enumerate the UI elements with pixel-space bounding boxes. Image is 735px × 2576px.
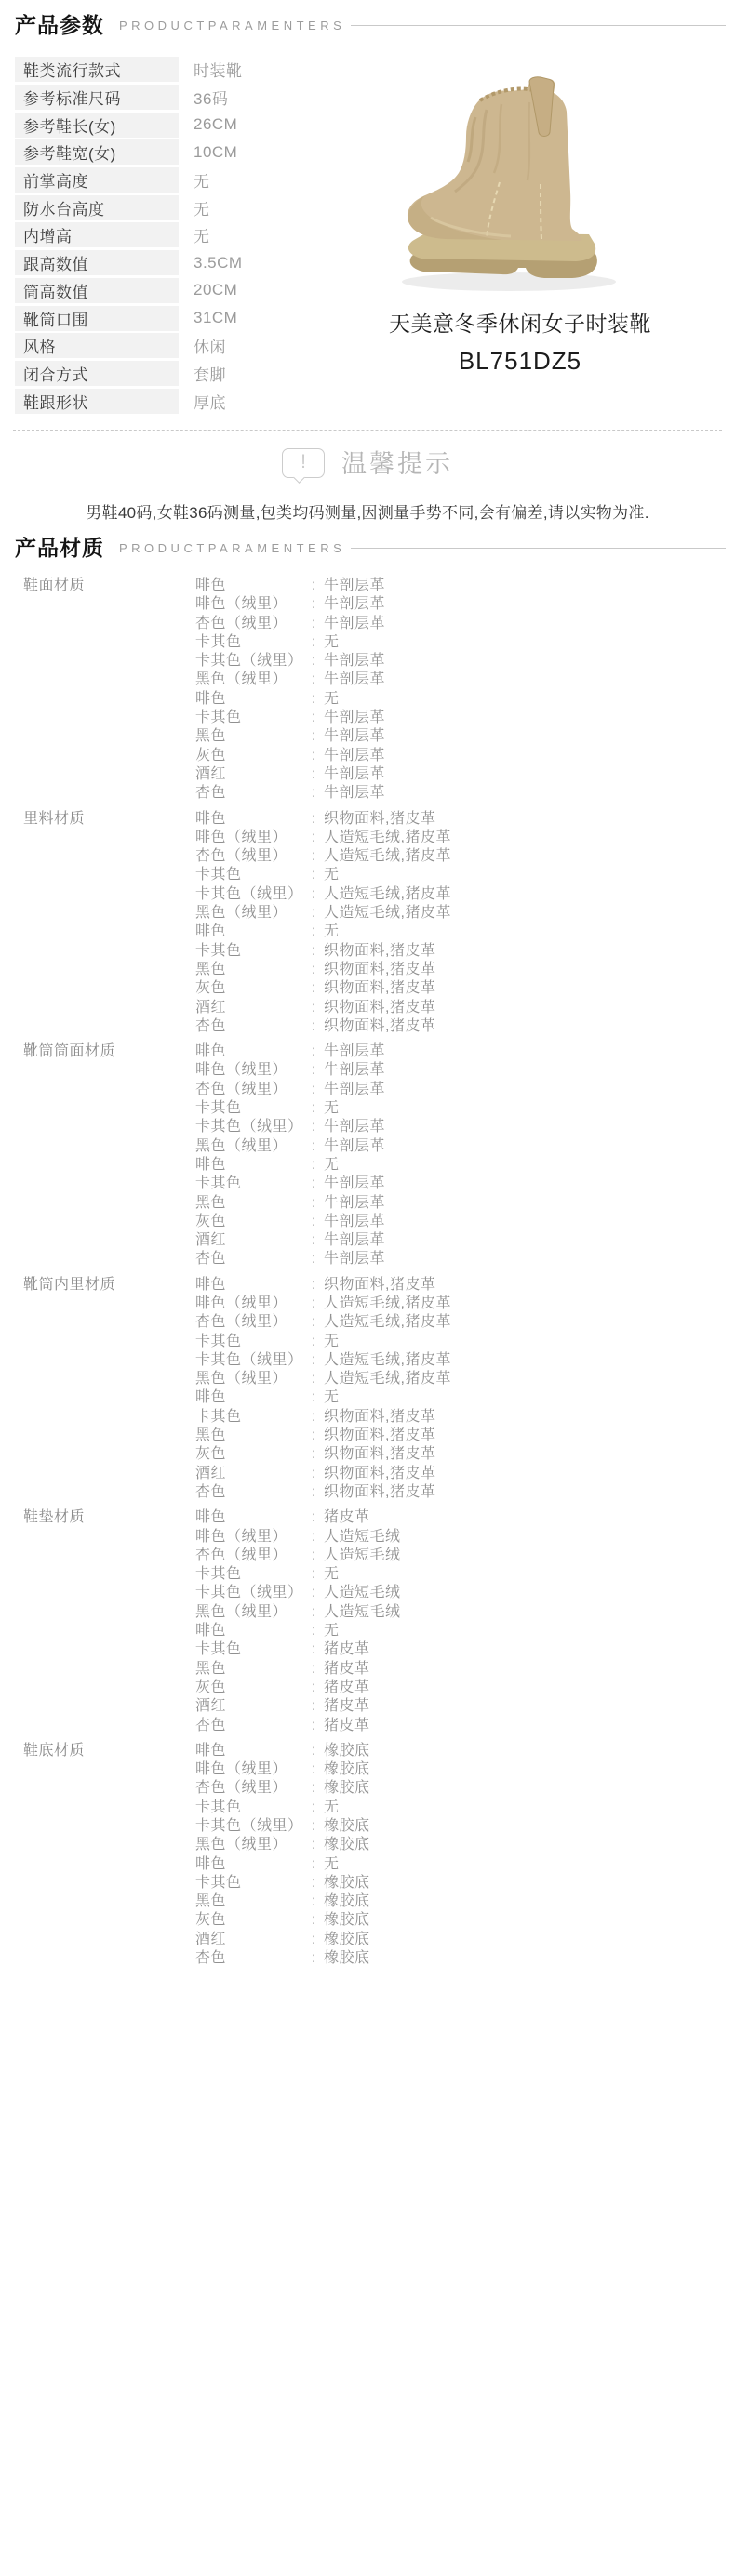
param-value: 休闲	[194, 334, 226, 357]
material-color-name: 卡其色	[195, 1408, 312, 1427]
material-row: 啡色 : 橡胶底	[195, 1742, 370, 1760]
material-colon: :	[312, 1213, 324, 1231]
param-row: 闭合方式 套脚	[15, 360, 368, 388]
material-row: 杏色 : 猪皮革	[195, 1717, 401, 1735]
material-color-name: 灰色	[195, 1911, 312, 1930]
material-color-name: 黑色	[195, 1427, 312, 1445]
material-color-name: 黑色	[195, 1194, 312, 1213]
material-color-name: 卡其色（绒里）	[195, 1118, 312, 1136]
param-label: 闭合方式	[15, 361, 179, 386]
material-value: 人造短毛绒,猪皮革	[324, 1313, 451, 1332]
material-colon: :	[312, 1836, 324, 1854]
param-label: 靴筒口围	[15, 306, 179, 331]
material-row: 黑色（绒里） : 人造短毛绒,猪皮革	[195, 904, 451, 923]
material-value: 无	[324, 1099, 340, 1118]
material-colon: :	[312, 1874, 324, 1892]
param-value: 10CM	[194, 143, 237, 162]
material-row: 杏色（绒里） : 人造短毛绒,猪皮革	[195, 847, 451, 866]
material-row: 灰色 : 橡胶底	[195, 1911, 370, 1930]
material-row: 杏色 : 织物面料,猪皮革	[195, 1483, 451, 1502]
param-label: 内增高	[15, 222, 179, 247]
exclamation-glyph: !	[283, 449, 324, 475]
material-colon: :	[312, 1584, 324, 1602]
material-color-name: 黑色（绒里）	[195, 1370, 312, 1388]
material-section: 靴筒筒面材质 啡色 : 牛剖层革 啡色（绒里） : 牛剖层革 杏色（绒里） : …	[23, 1042, 735, 1269]
material-value: 人造短毛绒	[324, 1603, 401, 1622]
material-value: 牛剖层革	[324, 1213, 385, 1231]
param-value: 无	[194, 196, 210, 219]
material-color-name: 卡其色	[195, 1333, 312, 1351]
material-colon: :	[312, 671, 324, 689]
material-value: 牛剖层革	[324, 1137, 385, 1156]
material-row: 黑色 : 牛剖层革	[195, 727, 385, 746]
param-row: 跟高数值 3.5CM	[15, 249, 368, 277]
material-value: 织物面料,猪皮革	[324, 1408, 435, 1427]
material-value: 橡胶底	[324, 1817, 370, 1836]
param-row: 鞋类流行款式 时装靴	[15, 56, 368, 84]
material-colon: :	[312, 1465, 324, 1483]
material-row: 卡其色（绒里） : 人造短毛绒,猪皮革	[195, 1351, 451, 1370]
material-color-name: 卡其色（绒里）	[195, 885, 312, 904]
params-area: 鞋类流行款式 时装靴 参考标准尺码 36码 参考鞋长(女) 26CM 参考鞋宽(…	[0, 56, 735, 430]
material-color-name: 杏色（绒里）	[195, 1779, 312, 1798]
material-color-name: 杏色	[195, 1250, 312, 1268]
material-color-name: 酒红	[195, 999, 312, 1017]
material-row: 啡色 : 牛剖层革	[195, 577, 385, 595]
material-color-name: 黑色	[195, 961, 312, 979]
material-color-name: 杏色	[195, 1483, 312, 1502]
material-row: 黑色 : 织物面料,猪皮革	[195, 1427, 451, 1445]
material-value: 人造短毛绒,猪皮革	[324, 904, 451, 923]
param-value: 36码	[194, 86, 228, 109]
material-row: 啡色 : 织物面料,猪皮革	[195, 810, 451, 829]
param-value: 无	[194, 223, 210, 246]
param-label: 参考标准尺码	[15, 85, 179, 110]
material-row: 杏色（绒里） : 牛剖层革	[195, 1081, 385, 1099]
material-row: 杏色 : 牛剖层革	[195, 784, 385, 803]
material-color-name: 黑色	[195, 727, 312, 746]
material-colon: :	[312, 1760, 324, 1779]
material-color-name: 卡其色（绒里）	[195, 652, 312, 671]
material-colon: :	[312, 999, 324, 1017]
material-rows: 啡色 : 橡胶底 啡色（绒里） : 橡胶底 杏色（绒里） : 橡胶底 卡其色 :…	[195, 1742, 370, 1969]
material-colon: :	[312, 1603, 324, 1622]
material-color-name: 啡色	[195, 1622, 312, 1640]
material-value: 牛剖层革	[324, 577, 385, 595]
param-row: 靴筒口围 31CM	[15, 304, 368, 332]
material-color-name: 啡色	[195, 1388, 312, 1407]
material-colon: :	[312, 784, 324, 803]
material-colon: :	[312, 1351, 324, 1370]
material-color-name: 酒红	[195, 765, 312, 784]
material-colon: :	[312, 1547, 324, 1565]
material-value: 牛剖层革	[324, 595, 385, 614]
material-row: 黑色 : 牛剖层革	[195, 1194, 385, 1213]
material-colon: :	[312, 1565, 324, 1584]
params-table: 鞋类流行款式 时装靴 参考标准尺码 36码 参考鞋长(女) 26CM 参考鞋宽(…	[15, 56, 368, 415]
material-value: 人造短毛绒	[324, 1528, 401, 1547]
material-colon: :	[312, 961, 324, 979]
material-value: 猪皮革	[324, 1697, 370, 1716]
material-section: 鞋面材质 啡色 : 牛剖层革 啡色（绒里） : 牛剖层革 杏色（绒里） : 牛剖…	[23, 577, 735, 803]
material-section-label: 靴筒筒面材质	[23, 1042, 195, 1269]
param-row: 参考鞋长(女) 26CM	[15, 111, 368, 139]
material-color-name: 杏色	[195, 784, 312, 803]
material-color-name: 黑色（绒里）	[195, 1603, 312, 1622]
material-row: 啡色 : 牛剖层革	[195, 1042, 385, 1061]
material-colon: :	[312, 1194, 324, 1213]
material-colon: :	[312, 1799, 324, 1817]
param-label: 鞋跟形状	[15, 389, 179, 414]
header-rule	[351, 25, 726, 26]
material-section-label: 鞋垫材质	[23, 1508, 195, 1735]
material-value: 猪皮革	[324, 1508, 370, 1527]
material-value: 牛剖层革	[324, 747, 385, 765]
tips-header: ! 温馨提示	[13, 440, 722, 492]
material-row: 啡色 : 猪皮革	[195, 1508, 401, 1527]
material-row: 啡色（绒里） : 牛剖层革	[195, 1061, 385, 1080]
material-row: 卡其色 : 猪皮革	[195, 1640, 401, 1659]
material-colon: :	[312, 1717, 324, 1735]
param-value: 3.5CM	[194, 254, 243, 272]
material-value: 猪皮革	[324, 1660, 370, 1679]
material-colon: :	[312, 652, 324, 671]
param-value: 无	[194, 168, 210, 192]
material-colon: :	[312, 1483, 324, 1502]
material-color-name: 灰色	[195, 1679, 312, 1697]
material-row: 卡其色 : 无	[195, 1565, 401, 1584]
param-label: 防水台高度	[15, 195, 179, 220]
material-color-name: 酒红	[195, 1231, 312, 1250]
material-value: 织物面料,猪皮革	[324, 1017, 435, 1036]
material-value: 牛剖层革	[324, 1231, 385, 1250]
material-colon: :	[312, 633, 324, 652]
material-color-name: 杏色（绒里）	[195, 1081, 312, 1099]
material-color-name: 卡其色	[195, 1874, 312, 1892]
material-value: 织物面料,猪皮革	[324, 1276, 435, 1295]
material-section: 鞋垫材质 啡色 : 猪皮革 啡色（绒里） : 人造短毛绒 杏色（绒里） : 人造…	[23, 1508, 735, 1735]
material-colon: :	[312, 709, 324, 727]
material-row: 酒红 : 橡胶底	[195, 1931, 370, 1949]
material-color-name: 卡其色（绒里）	[195, 1584, 312, 1602]
material-color-name: 卡其色	[195, 633, 312, 652]
material-colon: :	[312, 1017, 324, 1036]
material-color-name: 啡色（绒里）	[195, 595, 312, 614]
material-value: 织物面料,猪皮革	[324, 999, 435, 1017]
material-value: 牛剖层革	[324, 765, 385, 784]
material-colon: :	[312, 1817, 324, 1836]
material-colon: :	[312, 1445, 324, 1464]
material-row: 啡色（绒里） : 人造短毛绒	[195, 1528, 401, 1547]
material-row: 啡色（绒里） : 人造短毛绒,猪皮革	[195, 1295, 451, 1313]
material-colon: :	[312, 1949, 324, 1968]
param-label: 参考鞋长(女)	[15, 113, 179, 138]
material-colon: :	[312, 904, 324, 923]
material-row: 杏色（绒里） : 人造短毛绒	[195, 1547, 401, 1565]
product-title: 天美意冬季休闲女子时装靴	[361, 307, 679, 338]
material-color-name: 酒红	[195, 1465, 312, 1483]
material-color-name: 卡其色（绒里）	[195, 1351, 312, 1370]
material-colon: :	[312, 1508, 324, 1527]
material-value: 人造短毛绒,猪皮革	[324, 847, 451, 866]
param-label: 参考鞋宽(女)	[15, 139, 179, 165]
material-colon: :	[312, 1118, 324, 1136]
material-color-name: 啡色	[195, 1276, 312, 1295]
param-row: 参考标准尺码 36码	[15, 84, 368, 112]
material-color-name: 啡色	[195, 1508, 312, 1527]
material-row: 卡其色 : 无	[195, 866, 451, 884]
material-color-name: 黑色	[195, 1660, 312, 1679]
material-value: 牛剖层革	[324, 709, 385, 727]
material-rows: 啡色 : 织物面料,猪皮革 啡色（绒里） : 人造短毛绒,猪皮革 杏色（绒里） …	[195, 1276, 451, 1503]
material-row: 杏色（绒里） : 橡胶底	[195, 1779, 370, 1798]
material-value: 无	[324, 923, 340, 941]
material-colon: :	[312, 595, 324, 614]
material-value: 橡胶底	[324, 1911, 370, 1930]
material-row: 杏色（绒里） : 人造短毛绒,猪皮革	[195, 1313, 451, 1332]
material-colon: :	[312, 1855, 324, 1874]
material-row: 黑色（绒里） : 橡胶底	[195, 1836, 370, 1854]
material-row: 卡其色 : 无	[195, 1333, 451, 1351]
material-value: 无	[324, 1855, 340, 1874]
material-value: 牛剖层革	[324, 1194, 385, 1213]
param-row: 鞋跟形状 厚底	[15, 387, 368, 415]
material-row: 啡色 : 无	[195, 690, 385, 709]
material-colon: :	[312, 979, 324, 998]
material-row: 黑色（绒里） : 牛剖层革	[195, 671, 385, 689]
material-color-name: 卡其色	[195, 866, 312, 884]
param-row: 筒高数值 20CM	[15, 277, 368, 305]
material-color-name: 灰色	[195, 979, 312, 998]
material-colon: :	[312, 1640, 324, 1659]
material-value: 无	[324, 1799, 340, 1817]
param-label: 前掌高度	[15, 167, 179, 193]
material-colon: :	[312, 1742, 324, 1760]
material-colon: :	[312, 1276, 324, 1295]
param-value: 26CM	[194, 115, 237, 134]
material-value: 橡胶底	[324, 1874, 370, 1892]
material-color-name: 啡色	[195, 1855, 312, 1874]
material-value: 牛剖层革	[324, 1081, 385, 1099]
material-color-name: 啡色	[195, 1042, 312, 1061]
product-detail-page: 产品参数 PRODUCTPARAMENTERS 鞋类流行款式 时装靴 参考标准尺…	[0, 0, 735, 2576]
exclamation-bubble-icon: !	[282, 448, 325, 478]
material-row: 黑色 : 织物面料,猪皮革	[195, 961, 451, 979]
params-section-subtitle: PRODUCTPARAMENTERS	[119, 19, 345, 33]
material-color-name: 黑色（绒里）	[195, 1137, 312, 1156]
material-colon: :	[312, 847, 324, 866]
material-color-name: 卡其色	[195, 942, 312, 961]
material-row: 啡色 : 无	[195, 1622, 401, 1640]
param-row: 参考鞋宽(女) 10CM	[15, 139, 368, 166]
material-colon: :	[312, 1061, 324, 1080]
material-section: 里料材质 啡色 : 织物面料,猪皮革 啡色（绒里） : 人造短毛绒,猪皮革 杏色…	[23, 810, 735, 1037]
material-value: 无	[324, 690, 340, 709]
material-value: 橡胶底	[324, 1949, 370, 1968]
material-colon: :	[312, 1622, 324, 1640]
material-value: 橡胶底	[324, 1742, 370, 1760]
material-value: 牛剖层革	[324, 1061, 385, 1080]
material-colon: :	[312, 1231, 324, 1250]
material-row: 啡色（绒里） : 牛剖层革	[195, 595, 385, 614]
material-colon: :	[312, 1427, 324, 1445]
params-section-title: 产品参数	[15, 8, 104, 39]
material-color-name: 啡色（绒里）	[195, 1061, 312, 1080]
param-label: 风格	[15, 333, 179, 358]
material-color-name: 杏色	[195, 1017, 312, 1036]
material-color-name: 啡色（绒里）	[195, 829, 312, 847]
material-value: 牛剖层革	[324, 1118, 385, 1136]
material-value: 牛剖层革	[324, 671, 385, 689]
material-row: 黑色（绒里） : 牛剖层革	[195, 1137, 385, 1156]
param-label: 筒高数值	[15, 278, 179, 303]
material-value: 织物面料,猪皮革	[324, 1465, 435, 1483]
material-colon: :	[312, 1911, 324, 1930]
material-value: 无	[324, 1156, 340, 1175]
material-value: 织物面料,猪皮革	[324, 942, 435, 961]
material-colon: :	[312, 1250, 324, 1268]
material-value: 人造短毛绒,猪皮革	[324, 1351, 451, 1370]
param-row: 风格 休闲	[15, 332, 368, 360]
material-section: 靴筒内里材质 啡色 : 织物面料,猪皮革 啡色（绒里） : 人造短毛绒,猪皮革 …	[23, 1276, 735, 1503]
material-colon: :	[312, 1156, 324, 1175]
material-rows: 啡色 : 牛剖层革 啡色（绒里） : 牛剖层革 杏色（绒里） : 牛剖层革 卡其…	[195, 1042, 385, 1269]
material-value: 人造短毛绒,猪皮革	[324, 829, 451, 847]
material-value: 牛剖层革	[324, 1042, 385, 1061]
material-colon: :	[312, 1408, 324, 1427]
material-color-name: 卡其色	[195, 1175, 312, 1193]
material-color-name: 卡其色（绒里）	[195, 1817, 312, 1836]
material-color-name: 啡色	[195, 810, 312, 829]
material-row: 卡其色 : 牛剖层革	[195, 709, 385, 727]
material-row: 卡其色 : 橡胶底	[195, 1874, 370, 1892]
material-colon: :	[312, 829, 324, 847]
material-value: 牛剖层革	[324, 1175, 385, 1193]
param-row: 内增高 无	[15, 221, 368, 249]
material-value: 人造短毛绒,猪皮革	[324, 1370, 451, 1388]
material-color-name: 酒红	[195, 1931, 312, 1949]
material-row: 啡色 : 无	[195, 923, 451, 941]
material-colon: :	[312, 747, 324, 765]
material-color-name: 黑色	[195, 1892, 312, 1911]
material-row: 啡色 : 无	[195, 1855, 370, 1874]
material-value: 猪皮革	[324, 1640, 370, 1659]
material-row: 卡其色 : 织物面料,猪皮革	[195, 1408, 451, 1427]
material-row: 卡其色 : 无	[195, 1799, 370, 1817]
product-visual: 天美意冬季休闲女子时装靴 BL751DZ5	[361, 61, 679, 376]
material-rows: 啡色 : 织物面料,猪皮革 啡色（绒里） : 人造短毛绒,猪皮革 杏色（绒里） …	[195, 810, 451, 1037]
material-value: 无	[324, 1333, 340, 1351]
material-row: 杏色 : 织物面料,猪皮革	[195, 1017, 451, 1036]
material-row: 灰色 : 织物面料,猪皮革	[195, 1445, 451, 1464]
material-color-name: 啡色	[195, 923, 312, 941]
material-row: 啡色（绒里） : 人造短毛绒,猪皮革	[195, 829, 451, 847]
material-color-name: 啡色	[195, 577, 312, 595]
material-row: 卡其色（绒里） : 人造短毛绒	[195, 1584, 401, 1602]
material-row: 卡其色 : 牛剖层革	[195, 1175, 385, 1193]
material-colon: :	[312, 1081, 324, 1099]
material-row: 卡其色（绒里） : 牛剖层革	[195, 1118, 385, 1136]
param-row: 防水台高度 无	[15, 193, 368, 221]
material-colon: :	[312, 615, 324, 633]
material-row: 黑色（绒里） : 人造短毛绒,猪皮革	[195, 1370, 451, 1388]
material-rows: 啡色 : 牛剖层革 啡色（绒里） : 牛剖层革 杏色（绒里） : 牛剖层革 卡其…	[195, 577, 385, 803]
params-section-header: 产品参数 PRODUCTPARAMENTERS	[0, 0, 735, 43]
material-section-label: 靴筒内里材质	[23, 1276, 195, 1503]
material-row: 啡色 : 无	[195, 1388, 451, 1407]
material-row: 酒红 : 牛剖层革	[195, 1231, 385, 1250]
material-colon: :	[312, 690, 324, 709]
material-value: 橡胶底	[324, 1760, 370, 1779]
material-color-name: 卡其色	[195, 1565, 312, 1584]
param-value: 套脚	[194, 362, 226, 385]
material-colon: :	[312, 1295, 324, 1313]
material-value: 牛剖层革	[324, 784, 385, 803]
material-color-name: 酒红	[195, 1697, 312, 1716]
material-color-name: 啡色	[195, 1742, 312, 1760]
material-colon: :	[312, 923, 324, 941]
material-row: 酒红 : 织物面料,猪皮革	[195, 999, 451, 1017]
material-row: 卡其色 : 无	[195, 1099, 385, 1118]
material-row: 啡色 : 织物面料,猪皮革	[195, 1276, 451, 1295]
material-colon: :	[312, 1679, 324, 1697]
tips-text: 男鞋40码,女鞋36码测量,包类均码测量,因测量手势不同,会有偏差,请以实物为准…	[13, 499, 722, 523]
material-row: 杏色（绒里） : 牛剖层革	[195, 615, 385, 633]
param-value: 31CM	[194, 309, 237, 327]
material-row: 酒红 : 猪皮革	[195, 1697, 401, 1716]
material-color-name: 杏色	[195, 1949, 312, 1968]
material-value: 猪皮革	[324, 1679, 370, 1697]
material-row: 啡色 : 无	[195, 1156, 385, 1175]
material-color-name: 啡色（绒里）	[195, 1760, 312, 1779]
material-value: 织物面料,猪皮革	[324, 1483, 435, 1502]
material-value: 牛剖层革	[324, 615, 385, 633]
material-value: 织物面料,猪皮革	[324, 961, 435, 979]
materials-section-header: 产品材质 PRODUCTPARAMENTERS	[0, 523, 735, 565]
material-rows: 啡色 : 猪皮革 啡色（绒里） : 人造短毛绒 杏色（绒里） : 人造短毛绒 卡…	[195, 1508, 401, 1735]
materials-section-title: 产品材质	[15, 531, 104, 562]
material-value: 牛剖层革	[324, 727, 385, 746]
material-colon: :	[312, 1697, 324, 1716]
materials-section-subtitle: PRODUCTPARAMENTERS	[119, 541, 345, 555]
material-row: 啡色（绒里） : 橡胶底	[195, 1760, 370, 1779]
param-value: 时装靴	[194, 58, 243, 81]
material-colon: :	[312, 1892, 324, 1911]
material-value: 橡胶底	[324, 1892, 370, 1911]
material-color-name: 卡其色	[195, 709, 312, 727]
material-colon: :	[312, 1660, 324, 1679]
material-value: 牛剖层革	[324, 652, 385, 671]
material-value: 橡胶底	[324, 1931, 370, 1949]
material-row: 灰色 : 猪皮革	[195, 1679, 401, 1697]
material-colon: :	[312, 1931, 324, 1949]
material-value: 人造短毛绒,猪皮革	[324, 885, 451, 904]
material-row: 灰色 : 织物面料,猪皮革	[195, 979, 451, 998]
material-value: 人造短毛绒	[324, 1547, 401, 1565]
tips-section: ! 温馨提示 男鞋40码,女鞋36码测量,包类均码测量,因测量手势不同,会有偏差…	[13, 430, 722, 523]
material-colon: :	[312, 810, 324, 829]
material-value: 无	[324, 1622, 340, 1640]
header-rule	[351, 548, 726, 549]
material-row: 黑色 : 橡胶底	[195, 1892, 370, 1911]
material-row: 酒红 : 牛剖层革	[195, 765, 385, 784]
material-row: 卡其色（绒里） : 橡胶底	[195, 1817, 370, 1836]
material-colon: :	[312, 577, 324, 595]
material-colon: :	[312, 885, 324, 904]
material-colon: :	[312, 1528, 324, 1547]
material-value: 无	[324, 1388, 340, 1407]
material-colon: :	[312, 1779, 324, 1798]
